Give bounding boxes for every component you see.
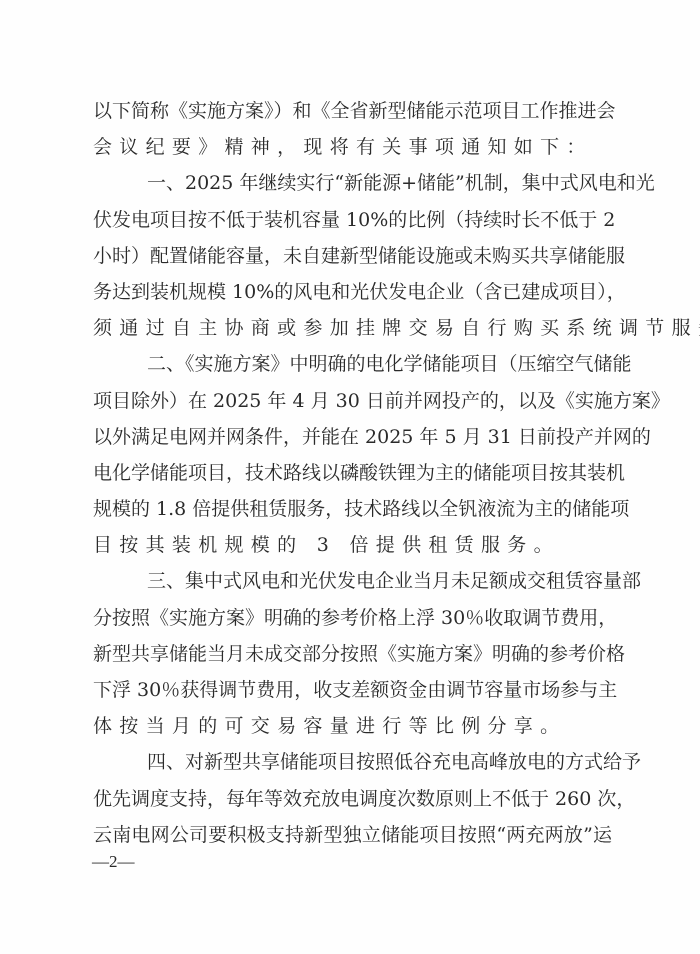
text-line: 下浮 30％获得调节费用，收支差额资金由调节容量市场参与主 [93,674,612,710]
text-line: 须通过自主协商或参加挂牌交易自行购买系统调节服务。 [93,312,612,348]
text-line: 小时）配置储能容量，未自建新型储能设施或未购买共享储能服 [93,240,612,276]
paragraph-first-line: 四、对新型共享储能项目按照低谷充电高峰放电的方式给予 [93,746,612,782]
document-page: 以下简称《实施方案》）和《全省新型储能示范项目工作推进会 会议纪要》精神，现将有… [0,0,700,954]
text-line: 会议纪要》精神，现将有关事项通知如下： [93,131,612,167]
text-line: 项目除外）在 2025 年 4 月 30 日前并网投产的，以及《实施方案》 [93,385,612,421]
paragraph-first-line: 二、《实施方案》中明确的电化学储能项目（压缩空气储能 [93,348,612,384]
paragraph-first-line: 一、2025 年继续实行“新能源+储能”机制，集中式风电和光 [93,167,612,203]
text-line: 优先调度支持，每年等效充放电调度次数原则上不低于 260 次， [93,783,612,819]
text-line: 云南电网公司要积极支持新型独立储能项目按照“两充两放”运 [93,819,612,855]
text-line: 分按照《实施方案》明确的参考价格上浮 30％收取调节费用， [93,602,612,638]
text-line: 新型共享储能当月未成交部分按照《实施方案》明确的参考价格 [93,638,612,674]
text-line: 电化学储能项目，技术路线以磷酸铁锂为主的储能项目按其装机 [93,457,612,493]
text-line: 目按其装机规模的 3 倍提供租赁服务。 [93,529,612,565]
text-line: 以下简称《实施方案》）和《全省新型储能示范项目工作推进会 [93,95,612,131]
document-body: 以下简称《实施方案》）和《全省新型储能示范项目工作推进会 会议纪要》精神，现将有… [93,95,613,855]
paragraph-first-line: 三、集中式风电和光伏发电企业当月未足额成交租赁容量部 [93,565,612,601]
page-number: —2— [92,848,135,876]
text-line: 体按当月的可交易容量进行等比例分享。 [93,710,612,746]
text-line: 伏发电项目按不低于装机容量 10%的比例（持续时长不低于 2 [93,204,612,240]
text-line: 以外满足电网并网条件，并能在 2025 年 5 月 31 日前投产并网的 [93,421,612,457]
text-line: 规模的 1.8 倍提供租赁服务，技术路线以全钒液流为主的储能项 [93,493,612,529]
text-line: 务达到装机规模 10%的风电和光伏发电企业（含已建成项目）， [93,276,612,312]
